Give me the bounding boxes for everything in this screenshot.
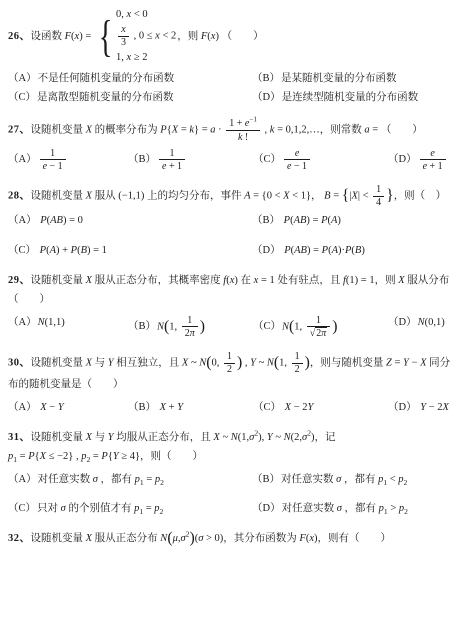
math-run: Y [105, 432, 116, 443]
math-variable: X [285, 402, 291, 413]
option-D: （D）对任意实数 σ ，都有 p1 > p2 [252, 501, 455, 517]
option-label: （A） [8, 73, 37, 84]
math-run: 1, [294, 321, 305, 332]
option-A: （A） P(AB) = 0 [8, 213, 248, 229]
math-run: = p [143, 503, 159, 514]
text-run: 设随机变量 [31, 358, 84, 369]
option-label: （D） [252, 92, 281, 103]
option-label: （B） [128, 402, 156, 413]
math-run: N(0,1) [418, 317, 445, 328]
math-variable: X [213, 432, 219, 443]
math-variable: Y [307, 402, 313, 413]
option-label: （D） [388, 154, 417, 165]
text-run: 与 [95, 358, 106, 369]
text-run: ，则（ ） [140, 451, 203, 462]
math-run: N [282, 321, 289, 332]
math-run: Y − 2X [418, 402, 449, 413]
option-label: （D） [388, 402, 417, 413]
math-run: (σ > 0) [195, 533, 224, 544]
text-run: 上的均匀分布，事件 [147, 191, 242, 202]
text-run: 服从 [95, 191, 116, 202]
option-C: （C）N(1, 1√2π) [253, 315, 384, 339]
math-variable: P [345, 245, 351, 256]
math-variable: P [284, 215, 290, 226]
option-label: （B） [252, 474, 280, 485]
big-delimiter: ) [332, 318, 337, 335]
math-variable: a [364, 125, 369, 136]
math-variable: σ [93, 474, 98, 485]
fraction: 12 [292, 351, 303, 375]
text-run: 在 [241, 275, 252, 286]
big-delimiter: ) [200, 318, 205, 335]
math-variable: σ [337, 503, 342, 514]
text-run: ，则（ ） [394, 191, 447, 202]
math-variable: A [332, 245, 338, 256]
text-run: 是连续型随机变量的分布函数 [282, 92, 419, 103]
question-number: 32、 [8, 533, 31, 544]
text-run: ，其分布函数为 [223, 533, 297, 544]
math-run: p [132, 474, 140, 485]
math-run: X [83, 125, 95, 136]
fraction-denominator: √2π [307, 327, 330, 339]
math-variable: X [86, 191, 92, 202]
math-variable: F [201, 31, 207, 42]
math-variable: X [398, 275, 404, 286]
math-variable: X [420, 358, 426, 369]
math-variable: σ [336, 474, 341, 485]
text-run: 设随机变量 [31, 275, 84, 286]
option-A: （A）不是任何随机变量的分布函数 [8, 71, 248, 87]
fraction-numerator: 1 [159, 148, 185, 161]
math-run: a = [362, 125, 381, 136]
math-variable: x [230, 275, 235, 286]
question-stem: 30、设随机变量 X 与 Y 相互独立，且 X ~ N(0, 12) , Y ~… [8, 351, 455, 395]
math-variable: e [43, 161, 47, 172]
math-run: 0, [212, 358, 223, 369]
text-run: 相互独立，且 [116, 358, 179, 369]
fraction: 1e − 1 [40, 148, 66, 172]
text-run: 设随机变量 [31, 191, 84, 202]
option-A: （A）1e − 1 [8, 148, 124, 172]
piecewise-cases: {0, x < 0x3 , 0 ≤ x < 21, x ≥ 2 [95, 7, 176, 66]
math-run: = P{Y ≥ 4} [90, 451, 140, 462]
option-label: （A） [8, 215, 37, 226]
option-B: （B） X + Y [128, 400, 249, 416]
text-run: （ ） [381, 125, 423, 136]
fraction: 12π [182, 315, 198, 339]
stem-line: 31、设随机变量 X 与 Y 均服从正态分布，且 X ~ N(1,σ2), Y … [8, 428, 455, 447]
question-number: 27、 [8, 125, 31, 136]
math-run: N(1,1) [38, 317, 65, 328]
math-variable: AB [50, 215, 63, 226]
text-run: ，则 [177, 31, 198, 42]
math-run: 0, x < 0 [116, 9, 148, 20]
question-stem: 26、设函数 F(x) = {0, x < 0x3 , 0 ≤ x < 21, … [8, 7, 455, 66]
math-variable: B [324, 191, 330, 202]
fraction-denominator: 3 [118, 37, 129, 49]
fraction: 14 [373, 184, 384, 208]
text-run: 服从正态分布，其概率密度 [95, 275, 221, 286]
math-variable: X [40, 402, 46, 413]
fraction-numerator: 1 [373, 184, 384, 197]
math-variable: x [254, 275, 259, 286]
fraction-denominator: e + 1 [420, 160, 446, 172]
text-run: 是某随机变量的分布函数 [281, 73, 397, 84]
text-run: （ ） [222, 31, 264, 42]
math-variable: N [38, 317, 45, 328]
math-variable: X [86, 125, 92, 136]
question-32: 32、设随机变量 X 服从正态分布 N(μ,σ2)(σ > 0)，其分布函数为 … [8, 529, 455, 548]
text-run: 处有驻点，且 [277, 275, 340, 286]
fraction-denominator: 2 [292, 364, 303, 376]
math-variable: X [160, 402, 166, 413]
text-run: ，则常数 [320, 125, 362, 136]
option-C: （C）是离散型随机变量的分布函数 [8, 90, 248, 106]
fraction-numerator: e [420, 148, 446, 161]
stem-line: 32、设随机变量 X 服从正态分布 N(μ,σ2)(σ > 0)，其分布函数为 … [8, 529, 455, 548]
option-C: （C）只对 σ 的个别值才有 p1 = p2 [8, 501, 248, 517]
option-label: （D） [252, 503, 281, 514]
math-run: , k = 0,1,2,… [262, 125, 320, 136]
math-run: X ~ N(1,σ [211, 432, 255, 443]
math-variable: N [231, 432, 238, 443]
math-variable: A [331, 215, 337, 226]
math-variable: P [322, 245, 328, 256]
option-label: （B） [128, 154, 156, 165]
option-D: （D）ee + 1 [388, 148, 455, 172]
math-variable: AB [294, 245, 307, 256]
math-run: P(AB) = P(A) [281, 215, 341, 226]
text-run: ，记 [315, 432, 336, 443]
fraction-numerator: 1 [307, 315, 330, 328]
math-variable: e [287, 161, 291, 172]
math-run: p [376, 503, 384, 514]
option-label: （C） [253, 402, 281, 413]
option-A: （A）N(1,1) [8, 315, 124, 339]
option-label: （C） [253, 321, 281, 332]
fraction: 1√2π [307, 315, 330, 339]
math-variable: x [127, 52, 132, 63]
fraction: 1 + e−1k ! [226, 118, 260, 142]
option-label: （A） [8, 154, 37, 165]
text-run: 的概率分布为 [95, 125, 158, 136]
math-run: X [83, 191, 95, 202]
option-B: （B） P(AB) = P(A) [252, 213, 455, 229]
question-26: 26、设函数 F(x) = {0, x < 0x3 , 0 ≤ x < 21, … [8, 7, 455, 106]
question-stem: 28、设随机变量 X 服从 (−1,1) 上的均匀分布，事件 A = {0 < … [8, 184, 455, 208]
math-variable: Z [386, 358, 392, 369]
text-run: 设随机变量 [31, 432, 84, 443]
text-run: 不是任何随机变量的分布函数 [38, 73, 175, 84]
math-variable: AB [294, 215, 307, 226]
text-run: 对任意实数 [38, 474, 91, 485]
text-run: 设函数 [31, 31, 63, 42]
text-run: ，则 [375, 275, 396, 286]
text-run: ，则有（ ） [318, 533, 392, 544]
option-label: （C） [8, 92, 36, 103]
math-run: = p [144, 474, 160, 485]
math-variable: e [295, 148, 299, 159]
math-run: σ [334, 503, 344, 514]
math-variable: P [321, 215, 327, 226]
question-stem: 27、设随机变量 X 的概率分布为 P{X = k} = a · 1 + e−1… [8, 118, 455, 142]
math-variable: X [351, 191, 357, 202]
option-label: （D） [388, 317, 417, 328]
math-variable: e [423, 161, 427, 172]
math-run: 1, [169, 321, 180, 332]
math-run: N [157, 321, 164, 332]
math-run: F(x) [198, 31, 221, 42]
fraction-denominator: 2 [224, 364, 235, 376]
math-variable: X [86, 275, 92, 286]
question-number: 30、 [8, 358, 31, 369]
math-variable: X [86, 533, 92, 544]
question-28: 28、设随机变量 X 服从 (−1,1) 上的均匀分布，事件 A = {0 < … [8, 184, 455, 259]
question-list: 26、设函数 F(x) = {0, x < 0x3 , 0 ≤ x < 21, … [8, 7, 455, 549]
text-run: ，都有 [344, 474, 376, 485]
math-variable: μ [173, 533, 178, 544]
question-number: 31、 [8, 432, 31, 443]
math-run: < p [387, 474, 403, 485]
math-variable: k [238, 132, 242, 143]
math-variable: X [172, 125, 178, 136]
option-B: （B）N(1, 12π) [128, 315, 249, 339]
option-label: （C） [8, 245, 36, 256]
option-C: （C）ee − 1 [253, 148, 384, 172]
math-variable: x [211, 31, 216, 42]
math-variable: x [121, 24, 125, 35]
math-variable: x [155, 31, 160, 42]
math-run: X [83, 432, 95, 443]
subscript: 2 [160, 478, 164, 487]
question-options: （A） X − Y（B） X + Y（C） X − 2Y（D） Y − 2X [8, 400, 455, 416]
question-31: 31、设随机变量 X 与 Y 均服从正态分布，且 X ~ N(1,σ2), Y … [8, 428, 455, 517]
math-run: μ,σ [173, 533, 186, 544]
math-run: X [396, 275, 408, 286]
math-variable: Y [250, 358, 256, 369]
text-run: 服从正态分布 [95, 533, 158, 544]
math-variable: X [442, 402, 448, 413]
math-variable: X [86, 358, 92, 369]
math-variable: B [81, 245, 87, 256]
option-D: （D） Y − 2X [388, 400, 455, 416]
case-row: x3 , 0 ≤ x < 2 [116, 24, 176, 48]
fraction-numerator: 1 [292, 351, 303, 364]
stem-line: 28、设随机变量 X 服从 (−1,1) 上的均匀分布，事件 A = {0 < … [8, 184, 455, 208]
fraction-denominator: e + 1 [159, 160, 185, 172]
math-run: P(AB) = P(A)·P(B) [282, 245, 365, 256]
question-options: （A）对任意实数 σ ，都有 p1 = p2（B）对任意实数 σ ，都有 p1 … [8, 472, 455, 518]
math-run: X + Y [157, 402, 183, 413]
radicand: 2π [315, 327, 327, 339]
math-run: 1, x ≥ 2 [116, 52, 147, 63]
math-run: F(x) = [62, 31, 94, 42]
question-29: 29、设随机变量 X 服从正态分布，其概率密度 f(x) 在 x = 1 处有驻… [8, 271, 455, 339]
math-variable: P [71, 245, 77, 256]
stem-line: 27、设随机变量 X 的概率分布为 P{X = k} = a · 1 + e−1… [8, 118, 455, 142]
fraction-numerator: e [284, 148, 310, 161]
fraction: x3 [118, 24, 129, 48]
question-stem: 31、设随机变量 X 与 Y 均服从正态分布，且 X ~ N(1,σ2), Y … [8, 428, 455, 467]
option-A: （A） X − Y [8, 400, 124, 416]
math-run: X − Y [38, 402, 64, 413]
question-options: （A）N(1,1)（B）N(1, 12π)（C）N(1, 1√2π)（D）N(0… [8, 315, 455, 339]
math-variable: k [189, 125, 194, 136]
math-variable: Y [267, 432, 273, 443]
option-B: （B）1e + 1 [128, 148, 249, 172]
left-brace: { [99, 17, 113, 57]
math-run: N [158, 533, 168, 544]
stem-line: 26、设函数 F(x) = {0, x < 0x3 , 0 ≤ x < 21, … [8, 7, 455, 66]
math-variable: F [65, 31, 71, 42]
option-D: （D）N(0,1) [388, 315, 455, 339]
math-variable: f [343, 275, 346, 286]
option-label: （A） [8, 317, 37, 328]
math-variable: Y [108, 358, 114, 369]
math-run: B = [324, 191, 342, 202]
fraction-denominator: e − 1 [40, 160, 66, 172]
math-variable: N [282, 321, 289, 332]
math-variable: P [101, 451, 107, 462]
math-variable: X [182, 358, 188, 369]
math-run: X [83, 358, 95, 369]
subscript: 2 [404, 507, 408, 516]
question-stem: 29、设随机变量 X 服从正态分布，其概率密度 f(x) 在 x = 1 处有驻… [8, 271, 455, 310]
fraction: ee − 1 [284, 148, 310, 172]
text-run: ，都有 [345, 503, 377, 514]
math-variable: x [127, 9, 132, 20]
option-label: （A） [8, 402, 37, 413]
math-run: |X| < [349, 191, 371, 202]
option-label: （B） [128, 321, 156, 332]
math-variable: π [321, 328, 326, 339]
option-label: （A） [8, 474, 37, 485]
question-stem: 32、设随机变量 X 服从正态分布 N(μ,σ2)(σ > 0)，其分布函数为 … [8, 529, 455, 548]
math-variable: Y [108, 432, 114, 443]
stem-line: p1 = P{X ≤ −2} , p2 = P{Y ≥ 4}，则（ ） [8, 447, 455, 466]
math-variable: N [284, 432, 291, 443]
text-run: 均服从正态分布，且 [116, 432, 211, 443]
text-run: 设随机变量 [31, 533, 84, 544]
math-run: σ [334, 474, 344, 485]
math-variable: N [157, 321, 164, 332]
option-D: （D）是连续型随机变量的分布函数 [252, 90, 455, 106]
question-options: （A） P(AB) = 0（B） P(AB) = P(A)（C） P(A) + … [8, 213, 455, 259]
math-variable: F [299, 533, 305, 544]
fraction-numerator: 1 + e−1 [226, 118, 260, 131]
option-C: （C） P(A) + P(B) = 1 [8, 243, 248, 259]
math-variable: P [28, 451, 34, 462]
math-run: A = {0 < X < 1} [241, 191, 311, 202]
text-run: 对任意实数 [282, 503, 335, 514]
option-label: （D） [252, 245, 281, 256]
math-variable: e [162, 161, 166, 172]
big-delimiter: } [386, 187, 394, 204]
math-run: P{X = k} = a · [158, 125, 225, 136]
option-C: （C） X − 2Y [253, 400, 384, 416]
option-label: （C） [253, 154, 281, 165]
subscript: 2 [160, 507, 164, 516]
math-run: Y [105, 358, 116, 369]
case-rows: 0, x < 0x3 , 0 ≤ x < 21, x ≥ 2 [116, 7, 176, 66]
math-variable: Y [403, 358, 409, 369]
question-options: （A）不是任何随机变量的分布函数（B）是某随机变量的分布函数（C）是离散型随机变… [8, 71, 455, 107]
fraction: ee + 1 [420, 148, 446, 172]
text-run: 是离散型随机变量的分布函数 [37, 92, 174, 103]
math-variable: P [160, 125, 166, 136]
fraction-denominator: 4 [373, 197, 384, 209]
math-variable: X [283, 191, 289, 202]
option-label: （B） [252, 215, 280, 226]
question-number: 26、 [8, 31, 31, 42]
math-run: (−1,1) [116, 191, 147, 202]
option-B: （B）对任意实数 σ ，都有 p1 < p2 [252, 472, 455, 488]
math-run: 1 + e [229, 118, 249, 129]
math-variable: N [267, 358, 274, 369]
text-run: 设随机变量 [31, 125, 84, 136]
fraction-numerator: 1 [40, 148, 66, 161]
fraction: 1e + 1 [159, 148, 185, 172]
math-variable: X [40, 451, 46, 462]
math-variable: e [430, 148, 434, 159]
text-run: ，都有 [101, 474, 133, 485]
question-30: 30、设随机变量 X 与 Y 相互独立，且 X ~ N(0, 12) , Y ~… [8, 351, 455, 416]
text-run: ， [311, 191, 324, 202]
option-D: （D） P(AB) = P(A)·P(B) [252, 243, 455, 259]
math-variable: A [244, 191, 250, 202]
math-variable: B [355, 245, 361, 256]
math-run: > p [388, 503, 404, 514]
math-variable: a [210, 125, 215, 136]
fraction-numerator: 1 [182, 315, 198, 328]
fraction-denominator: e − 1 [284, 160, 310, 172]
math-variable: P [40, 245, 46, 256]
text-run: 的个别值才有 [68, 503, 131, 514]
math-variable: σ [198, 533, 203, 544]
stem-line: 29、设随机变量 X 服从正态分布，其概率密度 f(x) 在 x = 1 处有驻… [8, 271, 455, 310]
math-run: f(x) [221, 275, 241, 286]
text-run: 只对 [37, 503, 58, 514]
subscript: 2 [404, 478, 408, 487]
math-run: X ~ N [179, 358, 206, 369]
question-number: 29、 [8, 275, 31, 286]
math-variable: Y [113, 451, 119, 462]
math-variable: f [223, 275, 226, 286]
square-root: √2π [310, 327, 327, 339]
math-run: X − 2Y [282, 402, 313, 413]
math-run: F(x) [297, 533, 318, 544]
fraction-denominator: k ! [226, 131, 260, 143]
fraction-numerator: x [118, 24, 129, 37]
fraction-denominator: 2π [182, 327, 198, 339]
math-run: f(1) = 1 [340, 275, 374, 286]
math-run: σ [90, 474, 100, 485]
math-run: x = 1 [251, 275, 277, 286]
option-B: （B）是某随机变量的分布函数 [252, 71, 455, 87]
question-27: 27、设随机变量 X 的概率分布为 P{X = k} = a · 1 + e−1… [8, 118, 455, 172]
text-run: ，则与随机变量 [310, 358, 384, 369]
math-run: 1, [279, 358, 290, 369]
math-variable: k [270, 125, 275, 136]
math-run: ), Y ~ N(2,σ [258, 432, 307, 443]
math-variable: Y [420, 402, 426, 413]
math-run: = P{X ≤ −2} , p [17, 451, 86, 462]
math-variable: P [284, 245, 290, 256]
fraction: 12 [224, 351, 235, 375]
math-run: , 0 ≤ x < 2 [131, 31, 176, 42]
math-variable: P [40, 215, 46, 226]
question-options: （A）1e − 1（B）1e + 1（C）ee − 1（D）ee + 1 [8, 148, 455, 172]
